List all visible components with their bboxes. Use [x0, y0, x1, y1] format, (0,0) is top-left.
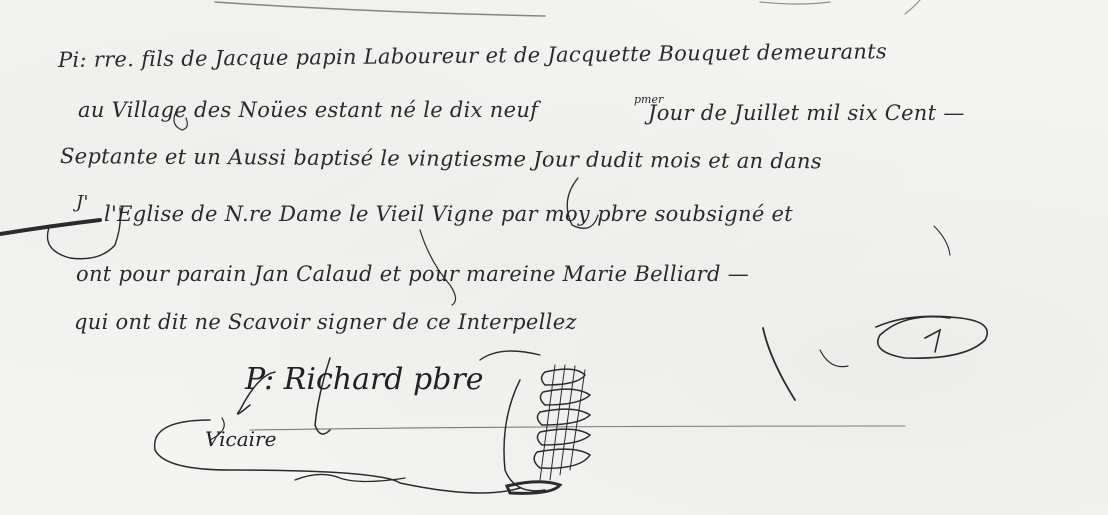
record-line-2a: au Village des Noües estant né le dix ne…	[78, 98, 538, 122]
paraph-flourish	[876, 316, 987, 358]
separator-line	[250, 426, 905, 430]
record-line-2b: Jour de Juillet mil six Cent —	[648, 101, 965, 125]
margin-stroke	[0, 220, 100, 234]
record-line-3: Septante et un Aussi baptisé le vingties…	[60, 144, 822, 173]
record-line-1: Pi: rre. fils de Jacque papin Laboureur …	[58, 39, 887, 72]
record-line-5: ont pour parain Jan Calaud et pour marei…	[76, 262, 749, 286]
document-page: Pi: rre. fils de Jacque papin Laboureur …	[0, 0, 1108, 515]
ink-flourishes	[0, 0, 1108, 515]
margin-note: J'	[76, 192, 89, 213]
priest-signature: P: Richard pbre	[245, 362, 484, 397]
mark-flourish	[504, 365, 590, 493]
previous-entry-rule	[215, 2, 545, 16]
record-line-6: qui ont dit ne Scavoir signer de ce Inte…	[74, 310, 577, 334]
record-line-4: l'Eglise de N.re Dame le Vieil Vigne par…	[104, 202, 793, 226]
vicaire-title: Vicaire	[205, 427, 276, 451]
